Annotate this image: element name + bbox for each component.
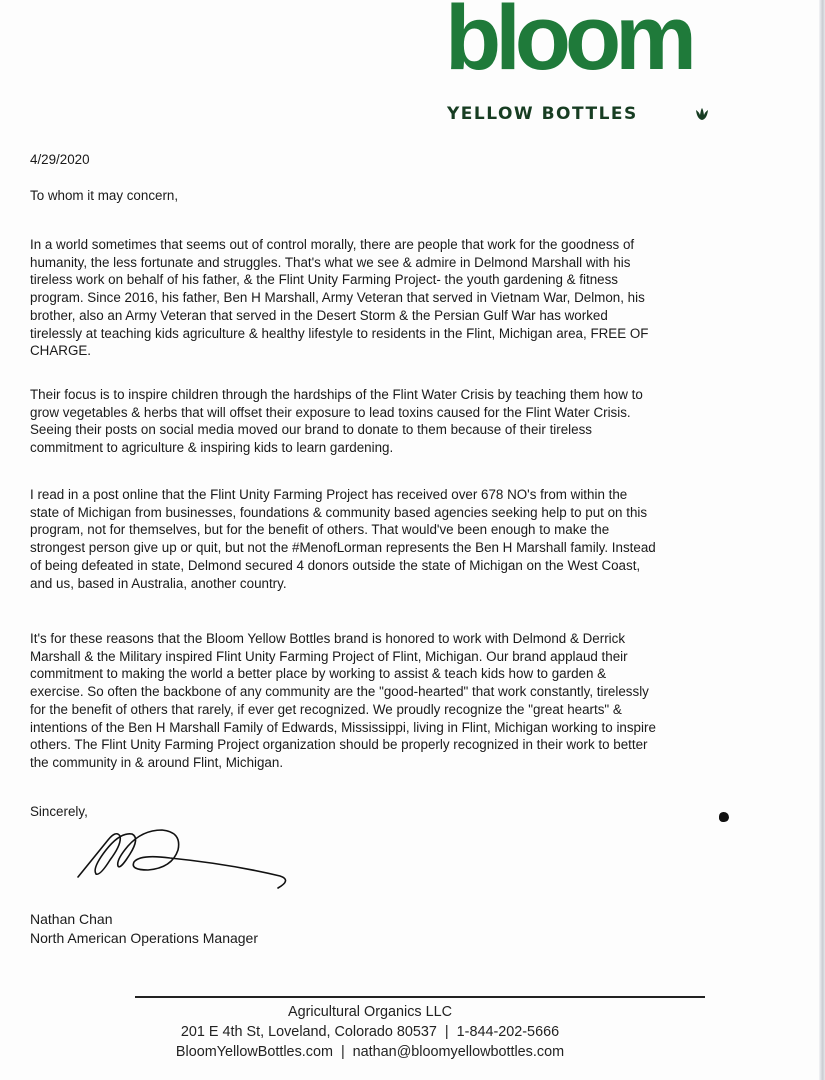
text-line: It's for these reasons that the Bloom Ye…	[30, 630, 735, 648]
tulip-leaf-icon	[695, 107, 709, 121]
paragraph-2: Their focus is to inspire children throu…	[30, 386, 735, 457]
logo-subtitle: YELLOW BOTTLES	[447, 104, 638, 124]
text-line: exercise. So often the backbone of any c…	[30, 683, 735, 701]
paragraph-1: In a world sometimes that seems out of c…	[30, 236, 735, 360]
signer-block: Nathan Chan North American Operations Ma…	[30, 910, 258, 948]
text-line: Their focus is to inspire children throu…	[30, 386, 735, 404]
text-line: In a world sometimes that seems out of c…	[30, 236, 735, 254]
text-line: brother, also an Army Veteran that serve…	[30, 307, 735, 325]
letterhead-footer: Agricultural Organics LLC 201 E 4th St, …	[135, 1002, 605, 1062]
signer-name: Nathan Chan	[30, 910, 258, 929]
text-line: I read in a post online that the Flint U…	[30, 486, 735, 504]
text-line: state of Michigan from businesses, found…	[30, 504, 735, 522]
scan-page-edge	[819, 0, 825, 1080]
text-line: program. Since 2016, his father, Ben H M…	[30, 289, 735, 307]
text-line: of being defeated in state, Delmond secu…	[30, 557, 735, 575]
footer-divider	[135, 996, 705, 998]
logo-wordmark: bloom	[445, 0, 691, 84]
text-line: commitment to agriculture & inspiring ki…	[30, 439, 735, 457]
text-line: others. The Flint Unity Farming Project …	[30, 736, 735, 754]
paragraph-4: It's for these reasons that the Bloom Ye…	[30, 630, 735, 772]
text-line: strongest person give up or quit, but no…	[30, 539, 735, 557]
ink-speck	[719, 812, 729, 822]
footer-address: 201 E 4th St, Loveland, Colorado 80537 |…	[135, 1022, 605, 1042]
text-line: humanity, the less fortunate and struggl…	[30, 254, 735, 272]
text-line: commitment to making the world a better …	[30, 665, 735, 683]
letter-salutation: To whom it may concern,	[30, 187, 730, 205]
footer-company: Agricultural Organics LLC	[135, 1002, 605, 1022]
paragraph-3: I read in a post online that the Flint U…	[30, 486, 735, 592]
text-line: Marshall & the Military inspired Flint U…	[30, 648, 735, 666]
footer-contact: BloomYellowBottles.com | nathan@bloomyel…	[135, 1042, 605, 1062]
text-line: the community in & around Flint, Michiga…	[30, 754, 735, 772]
letter-date: 4/29/2020	[30, 151, 730, 169]
text-line: tirelessly at teaching kids agriculture …	[30, 325, 735, 343]
bloom-logo: bloom YELLOW BOTTLES	[445, 8, 705, 133]
signer-title: North American Operations Manager	[30, 929, 258, 948]
text-line: program, not for themselves, but for the…	[30, 521, 735, 539]
text-line: Seeing their posts on social media moved…	[30, 421, 735, 439]
signature	[70, 822, 300, 897]
text-line: CHARGE.	[30, 342, 735, 360]
letter-closing: Sincerely,	[30, 803, 730, 821]
text-line: for the benefit of others that rarely, i…	[30, 701, 735, 719]
text-line: and us, based in Australia, another coun…	[30, 575, 735, 593]
text-line: tireless work on behalf of his father, &…	[30, 271, 735, 289]
text-line: grow vegetables & herbs that will offset…	[30, 404, 735, 422]
text-line: intentions of the Ben H Marshall Family …	[30, 719, 735, 737]
